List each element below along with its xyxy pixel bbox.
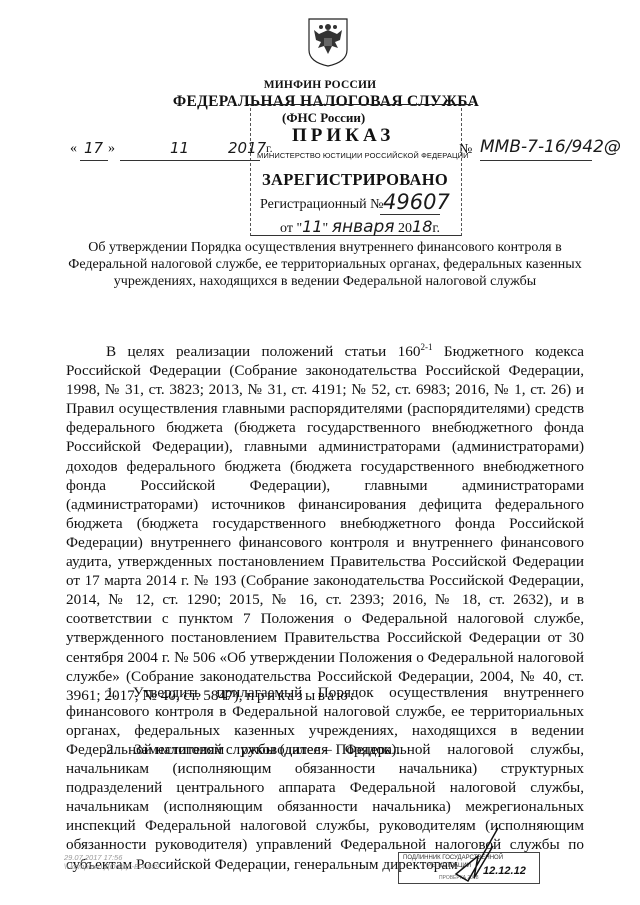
stamp-status: ЗАРЕГИСТРИРОВАНО — [262, 170, 448, 190]
preamble-text: Бюджетного кодекса Российской Федерации … — [66, 343, 584, 704]
stamp-number-underline — [380, 214, 440, 215]
stamp-date-suffix: г. — [432, 221, 440, 236]
stamp-number: 49607 — [383, 190, 450, 214]
service-abbreviation: (ФНС России) — [282, 110, 365, 126]
document-type: ПРИКАЗ — [292, 125, 394, 147]
stamp-overlay-line — [247, 104, 473, 105]
footer-file-ref: \\ komplaxo ДО.РД1-Б.4.889 — [64, 862, 160, 871]
footer-metadata: 29.07.2017 17:56 \\ komplaxo ДО.РД1-Б.4.… — [64, 853, 160, 871]
stamp-date-year-prefix: 20 — [398, 221, 412, 236]
date-close-quote: » — [108, 141, 115, 157]
date-month: 11 — [170, 139, 189, 157]
date-open-quote: « — [70, 141, 77, 157]
stamp-date-day: 11 — [302, 217, 322, 236]
stamp-number-label: Регистрационный № — [260, 197, 384, 213]
document-page: МИНФИН РОССИИ ФЕДЕРАЛЬНАЯ НАЛОГОВАЯ СЛУЖ… — [0, 0, 640, 905]
preamble-paragraph: В целях реализации положений статьи 1602… — [66, 342, 584, 705]
stamp-date-year: 18 — [412, 217, 432, 236]
article-superscript: 2-1 — [420, 342, 432, 352]
coat-of-arms-icon — [305, 16, 351, 68]
ministry-name: МИНФИН РОССИИ — [0, 79, 640, 91]
order-number: ММВ-7-16/942@ — [480, 137, 621, 157]
signature-icon — [448, 826, 508, 886]
preamble-text-start: В целях реализации положений статьи 160 — [106, 343, 420, 360]
date-day-underline — [80, 160, 108, 161]
date-day: 17 — [84, 139, 103, 157]
order-number-underline — [480, 160, 592, 161]
footer-timestamp: 29.07.2017 17:56 — [64, 853, 160, 862]
stamp-authority: МИНИСТЕРСТВО ЮСТИЦИИ РОССИЙСКОЙ ФЕДЕРАЦИ… — [257, 151, 469, 160]
stamp-date-prefix: от — [280, 221, 293, 236]
stamp-date: от "11" января 2018г. — [280, 217, 440, 237]
stamp-date-month: января — [332, 217, 395, 237]
order-number-label: № — [459, 142, 472, 158]
date-month-underline — [120, 160, 260, 161]
document-title: Об утверждении Порядка осуществления вну… — [60, 239, 590, 290]
